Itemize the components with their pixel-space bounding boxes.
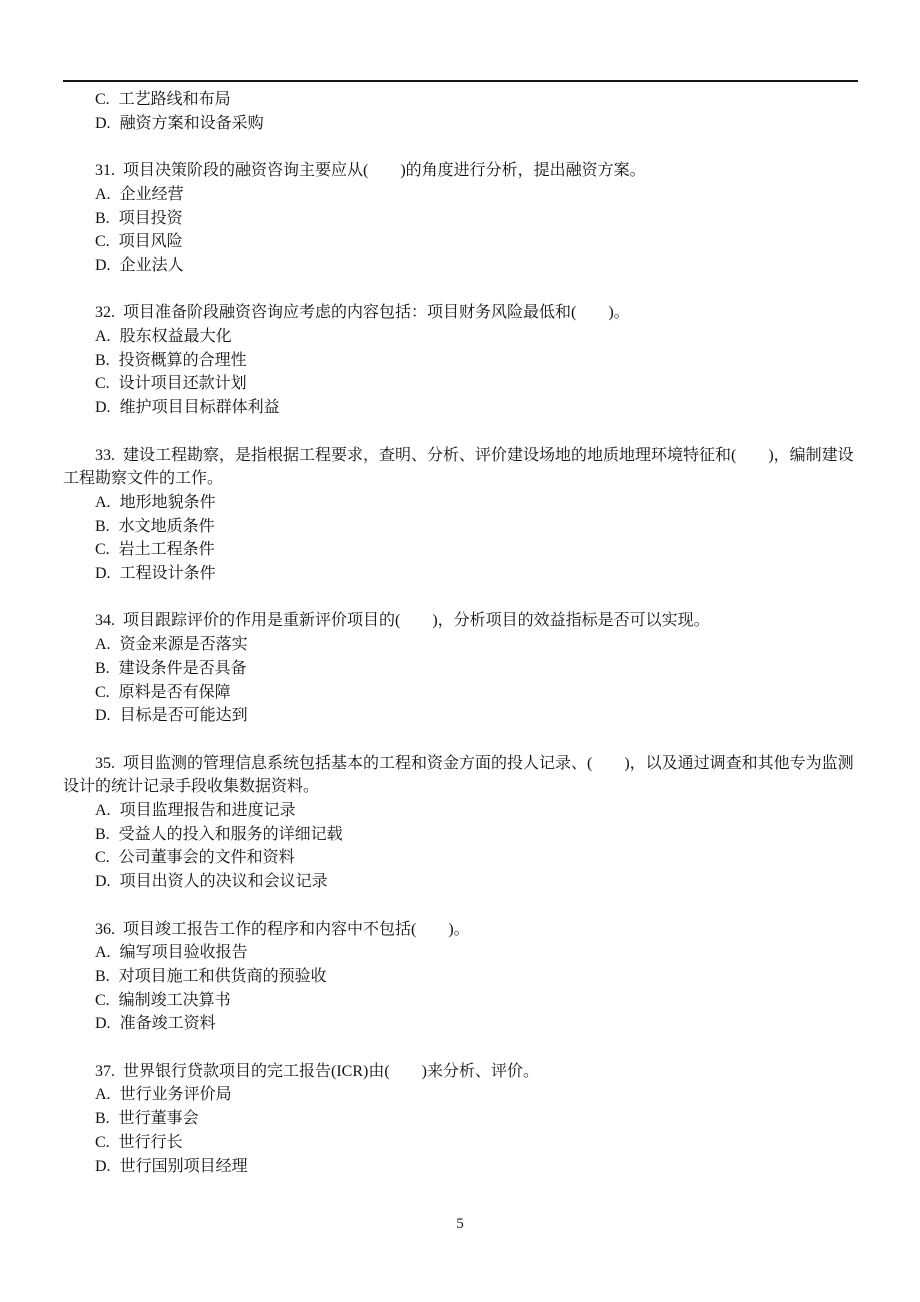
option-text: 资金来源是否落实 (120, 636, 248, 653)
option-label: B. (95, 1110, 110, 1127)
option-text: 建设条件是否具备 (119, 660, 247, 677)
question-block-33: 33.建设工程勘察，是指根据工程要求，查明、分析、评价建设场地的地质地理环境特征… (63, 444, 858, 586)
option-text: 原料是否有保障 (119, 684, 231, 701)
question-option: B.对项目施工和供货商的预验收 (63, 965, 858, 989)
question-number: 35. (95, 755, 115, 772)
page-number: 5 (0, 1216, 920, 1233)
question-option: C.编制竣工决算书 (63, 989, 858, 1013)
question-number: 32. (95, 304, 115, 321)
question-stem-text: 世界银行贷款项目的完工报告(ICR)由( )来分析、评价。 (123, 1063, 539, 1080)
option-text: 投资概算的合理性 (119, 352, 247, 369)
question-option: C.公司董事会的文件和资料 (63, 846, 858, 870)
question-stem-text: 项目跟踪评价的作用是重新评价项目的( )，分析项目的效益指标是否可以实现。 (123, 612, 710, 629)
question-number: 37. (95, 1063, 115, 1080)
option-text: 岩土工程条件 (119, 541, 215, 558)
question-number: 31. (95, 162, 115, 179)
option-text: 编写项目验收报告 (120, 944, 248, 961)
question-option: D.目标是否可能达到 (63, 704, 858, 728)
question-stem: 33.建设工程勘察，是指根据工程要求，查明、分析、评价建设场地的地质地理环境特征… (63, 444, 858, 491)
option-label: D. (95, 1015, 111, 1032)
option-label: A. (95, 636, 111, 653)
question-stem-text: 项目准备阶段融资咨询应考虑的内容包括：项目财务风险最低和( )。 (123, 304, 630, 321)
option-label: B. (95, 826, 110, 843)
question-option: C.设计项目还款计划 (63, 372, 858, 396)
header-rule (63, 80, 858, 82)
option-text: 准备竣工资料 (120, 1015, 216, 1032)
option-text: 受益人的投入和服务的详细记载 (119, 826, 343, 843)
option-text: 项目出资人的决议和会议记录 (120, 873, 328, 890)
question-option: C.世行行长 (63, 1131, 858, 1155)
option-label: D. (95, 399, 111, 416)
orphan-options-block: C.工艺路线和布局 D.融资方案和设备采购 (63, 88, 858, 135)
question-stem-text: 项目决策阶段的融资咨询主要应从( )的角度进行分析，提出融资方案。 (123, 162, 646, 179)
option-label: C. (95, 375, 110, 392)
option-label: C. (95, 992, 110, 1009)
question-option: A.企业经营 (63, 183, 858, 207)
question-option: D.维护项目目标群体利益 (63, 396, 858, 420)
option-text: 维护项目目标群体利益 (120, 399, 280, 416)
question-stem-text: 建设工程勘察，是指根据工程要求，查明、分析、评价建设场地的地质地理环境特征和( … (63, 447, 854, 488)
question-number: 34. (95, 612, 115, 629)
question-stem: 31.项目决策阶段的融资咨询主要应从( )的角度进行分析，提出融资方案。 (63, 159, 858, 183)
question-option: A.世行业务评价局 (63, 1083, 858, 1107)
option-text: 项目投资 (119, 210, 183, 227)
question-option: D.企业法人 (63, 254, 858, 278)
option-label: C. (95, 91, 110, 108)
option-text: 工艺路线和布局 (119, 91, 231, 108)
option-text: 项目监理报告和进度记录 (120, 802, 296, 819)
option-label: D. (95, 873, 111, 890)
question-option: B.世行董事会 (63, 1107, 858, 1131)
option-text: 股东权益最大化 (120, 328, 232, 345)
option-text: 工程设计条件 (120, 565, 216, 582)
question-stem-text: 项目监测的管理信息系统包括基本的工程和资金方面的投人记录、( )，以及通过调查和… (63, 755, 854, 796)
question-option: C.岩土工程条件 (63, 538, 858, 562)
option-text: 世行董事会 (119, 1110, 199, 1127)
question-stem-text: 项目竣工报告工作的程序和内容中不包括( )。 (123, 921, 470, 938)
question-option: A.地形地貌条件 (63, 491, 858, 515)
question-option: B.建设条件是否具备 (63, 657, 858, 681)
option-text: 对项目施工和供货商的预验收 (119, 968, 327, 985)
question-stem: 35.项目监测的管理信息系统包括基本的工程和资金方面的投人记录、( )，以及通过… (63, 752, 858, 799)
question-option: C.工艺路线和布局 (63, 88, 858, 112)
option-label: C. (95, 1134, 110, 1151)
question-option: B.水文地质条件 (63, 515, 858, 539)
question-option: D.项目出资人的决议和会议记录 (63, 870, 858, 894)
question-block-32: 32.项目准备阶段融资咨询应考虑的内容包括：项目财务风险最低和( )。 A.股东… (63, 301, 858, 420)
question-block-35: 35.项目监测的管理信息系统包括基本的工程和资金方面的投人记录、( )，以及通过… (63, 752, 858, 894)
option-text: 世行行长 (119, 1134, 183, 1151)
option-label: B. (95, 518, 110, 535)
option-label: C. (95, 233, 110, 250)
question-block-31: 31.项目决策阶段的融资咨询主要应从( )的角度进行分析，提出融资方案。 A.企… (63, 159, 858, 278)
option-text: 目标是否可能达到 (120, 707, 248, 724)
question-option: A.项目监理报告和进度记录 (63, 799, 858, 823)
option-label: A. (95, 802, 111, 819)
option-label: D. (95, 1158, 111, 1175)
question-block-36: 36.项目竣工报告工作的程序和内容中不包括( )。 A.编写项目验收报告 B.对… (63, 918, 858, 1037)
question-block-34: 34.项目跟踪评价的作用是重新评价项目的( )，分析项目的效益指标是否可以实现。… (63, 609, 858, 728)
question-number: 33. (95, 447, 115, 464)
option-text: 企业经营 (120, 186, 184, 203)
option-label: A. (95, 1086, 111, 1103)
option-label: A. (95, 944, 111, 961)
page-content: C.工艺路线和布局 D.融资方案和设备采购 31.项目决策阶段的融资咨询主要应从… (63, 88, 858, 1178)
option-text: 融资方案和设备采购 (120, 115, 264, 132)
question-stem: 32.项目准备阶段融资咨询应考虑的内容包括：项目财务风险最低和( )。 (63, 301, 858, 325)
question-stem: 37.世界银行贷款项目的完工报告(ICR)由( )来分析、评价。 (63, 1060, 858, 1084)
option-text: 项目风险 (119, 233, 183, 250)
option-label: D. (95, 707, 111, 724)
option-text: 公司董事会的文件和资料 (119, 849, 295, 866)
question-option: A.资金来源是否落实 (63, 633, 858, 657)
option-label: C. (95, 849, 110, 866)
option-label: B. (95, 352, 110, 369)
question-option: D.世行国别项目经理 (63, 1155, 858, 1179)
question-option: B.受益人的投入和服务的详细记载 (63, 823, 858, 847)
option-text: 世行业务评价局 (120, 1086, 232, 1103)
option-label: A. (95, 186, 111, 203)
option-text: 世行国别项目经理 (120, 1158, 248, 1175)
option-label: A. (95, 494, 111, 511)
option-text: 地形地貌条件 (120, 494, 216, 511)
option-text: 企业法人 (120, 257, 184, 274)
option-label: D. (95, 565, 111, 582)
option-label: D. (95, 257, 111, 274)
question-option: D.工程设计条件 (63, 562, 858, 586)
question-stem: 34.项目跟踪评价的作用是重新评价项目的( )，分析项目的效益指标是否可以实现。 (63, 609, 858, 633)
question-option: B.项目投资 (63, 207, 858, 231)
option-label: B. (95, 210, 110, 227)
option-label: B. (95, 968, 110, 985)
option-label: D. (95, 115, 111, 132)
question-option: B.投资概算的合理性 (63, 349, 858, 373)
question-number: 36. (95, 921, 115, 938)
option-label: A. (95, 328, 111, 345)
question-stem: 36.项目竣工报告工作的程序和内容中不包括( )。 (63, 918, 858, 942)
question-option: A.股东权益最大化 (63, 325, 858, 349)
question-option: A.编写项目验收报告 (63, 941, 858, 965)
option-label: B. (95, 660, 110, 677)
question-option: D.准备竣工资料 (63, 1012, 858, 1036)
question-option: C.原料是否有保障 (63, 681, 858, 705)
option-text: 水文地质条件 (119, 518, 215, 535)
option-text: 编制竣工决算书 (119, 992, 231, 1009)
option-label: C. (95, 684, 110, 701)
question-block-37: 37.世界银行贷款项目的完工报告(ICR)由( )来分析、评价。 A.世行业务评… (63, 1060, 858, 1179)
option-text: 设计项目还款计划 (119, 375, 247, 392)
question-option: D.融资方案和设备采购 (63, 112, 858, 136)
question-option: C.项目风险 (63, 230, 858, 254)
option-label: C. (95, 541, 110, 558)
